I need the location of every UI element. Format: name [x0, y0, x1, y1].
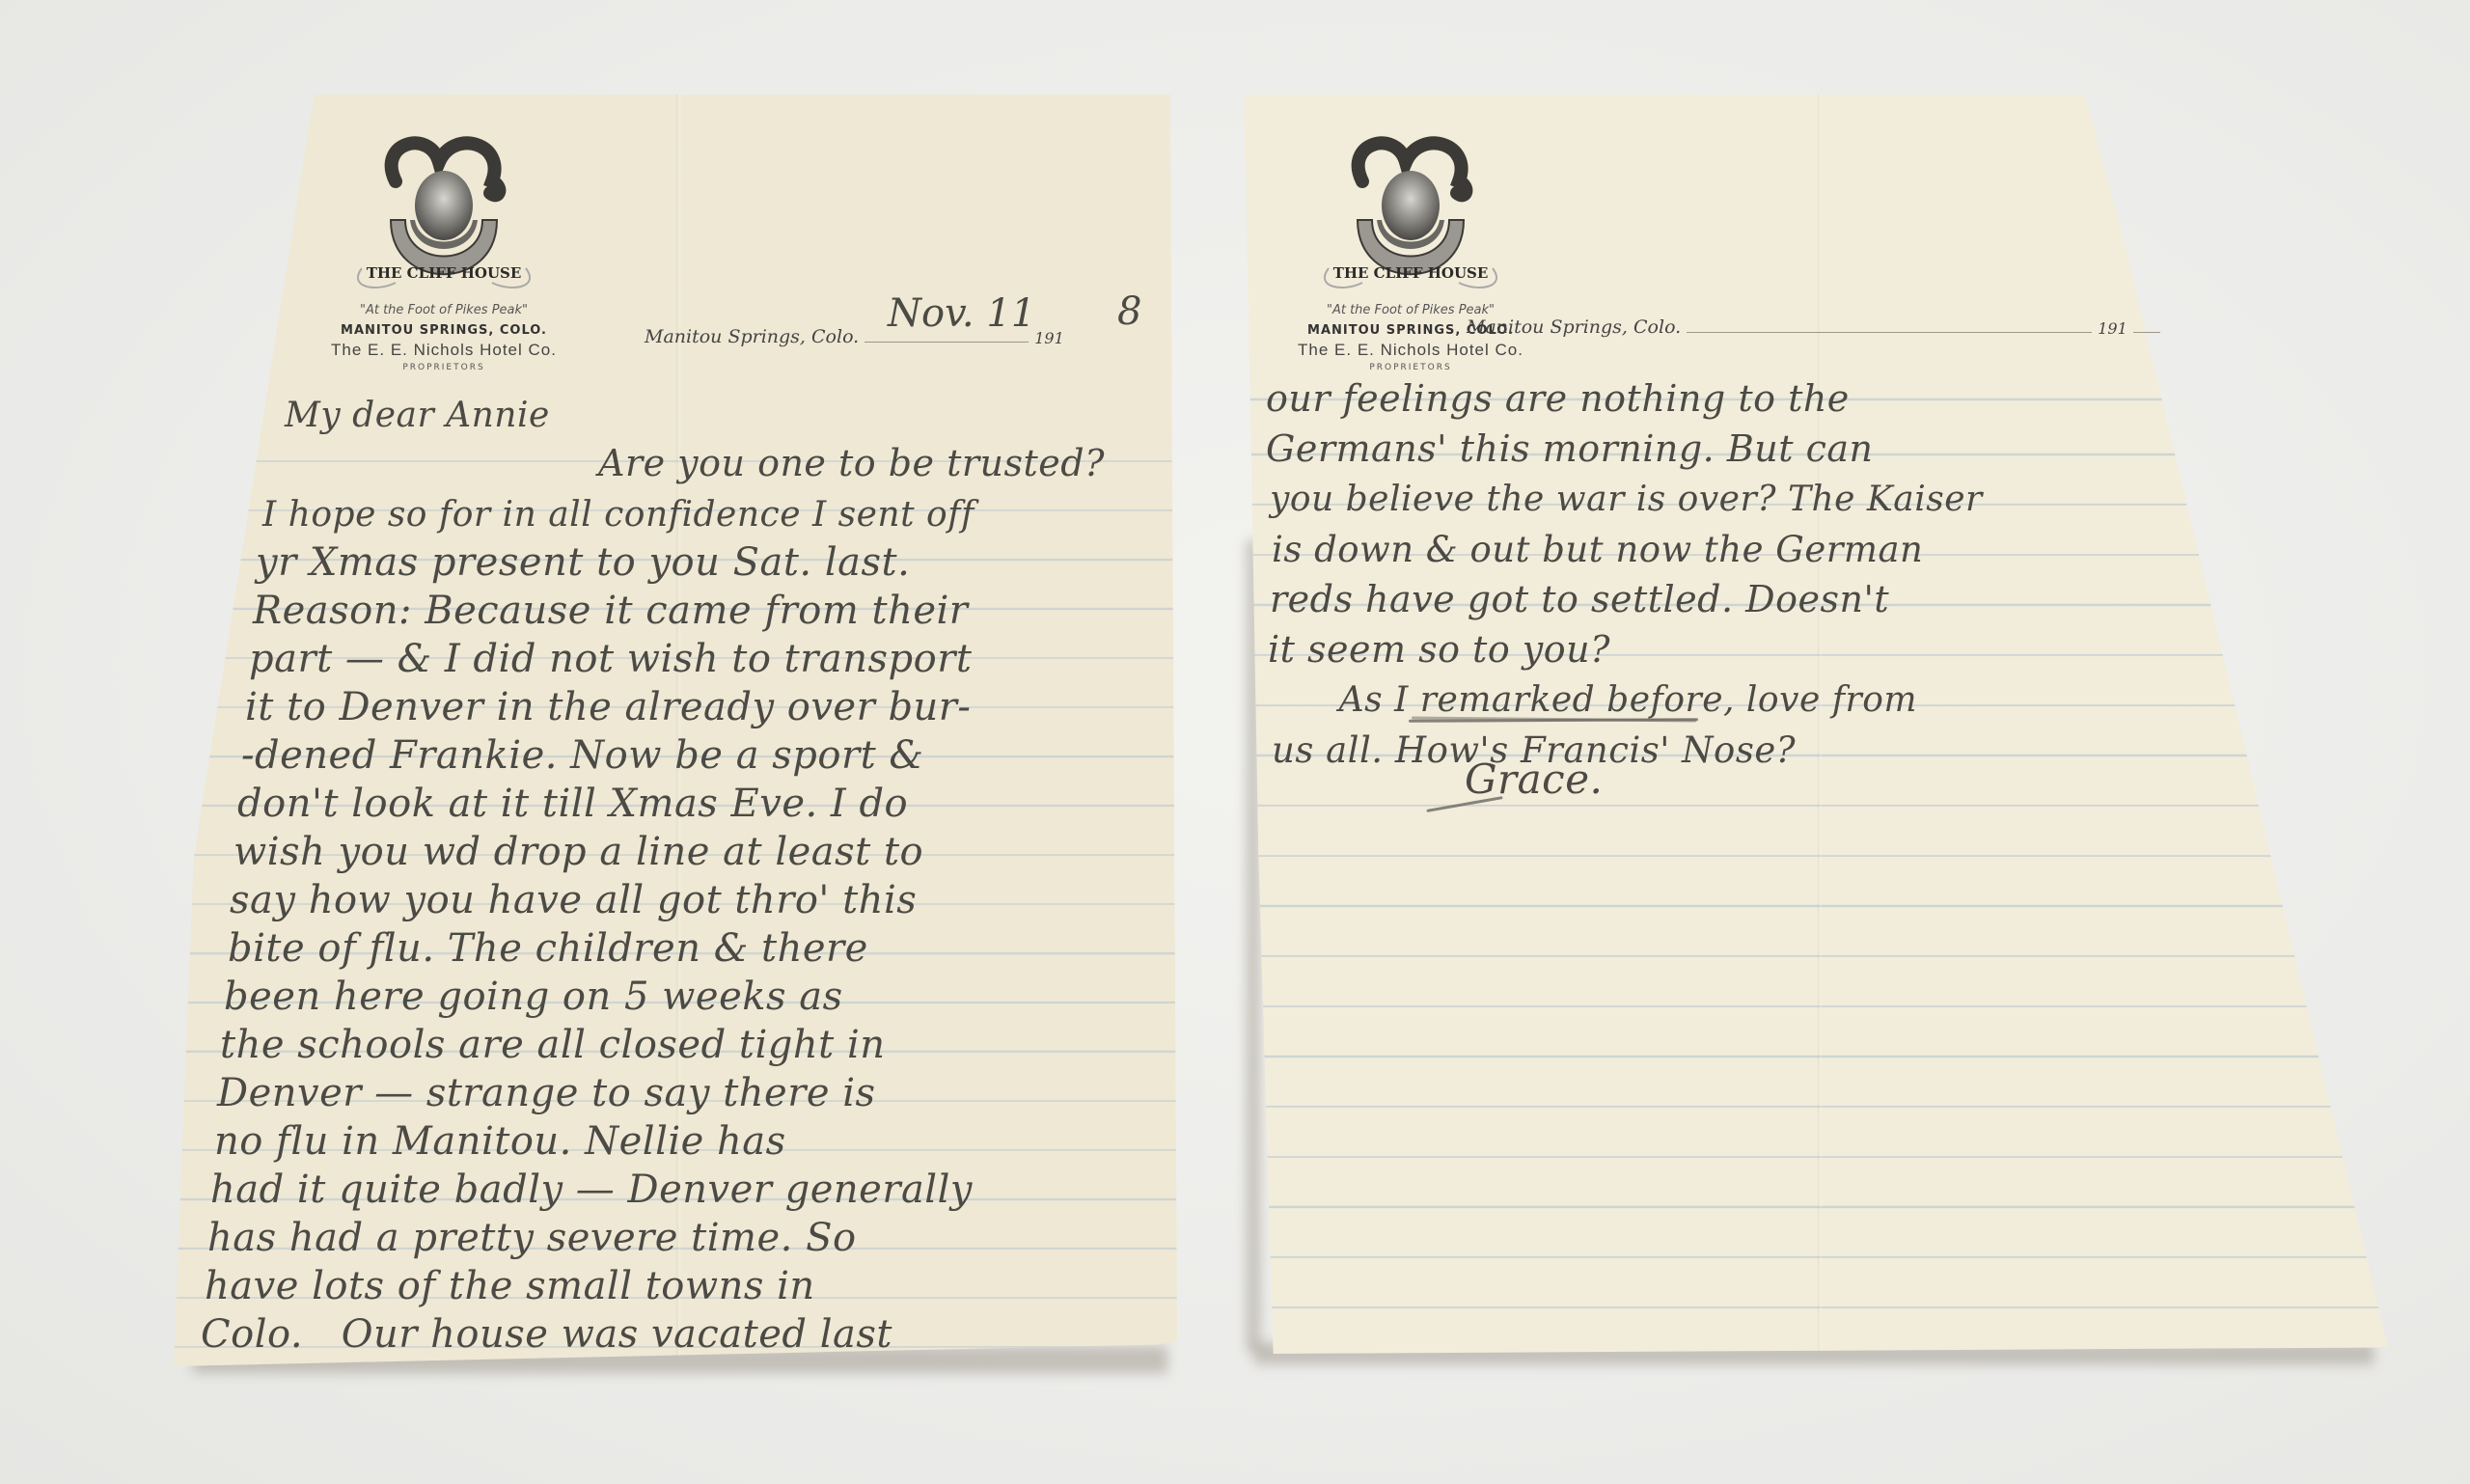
svg-text:THE CLIFF HOUSE: THE CLIFF HOUSE	[1333, 264, 1489, 282]
letter-line: wish you wd drop a line at least to	[233, 828, 923, 877]
ram-head-icon: THE CLIFF HOUSE	[1304, 124, 1517, 316]
letter-line: been here going on 5 weeks as	[224, 973, 843, 1022]
letter-line: Are you one to be trusted?	[598, 439, 1105, 488]
handwritten-year-digit: 8	[1117, 289, 1141, 334]
letter-line: you believe the war is over? The Kaiser	[1270, 475, 1983, 524]
salutation: My dear Annie	[285, 391, 550, 440]
letter-line: the schools are all closed tight in	[220, 1021, 886, 1070]
dateline-right: Manitou Springs, Colo. 191	[1467, 316, 2166, 338]
letter-line: Reason: Because it came from their	[253, 587, 968, 636]
letter-line: Colo. Our house was vacated last	[201, 1310, 892, 1360]
dateline-place: Manitou Springs, Colo.	[1467, 316, 1681, 338]
dateline-year-prefix: 191	[2098, 319, 2127, 338]
letterhead-company: The E. E. Nichols Hotel Co.	[309, 341, 579, 360]
letterhead-company: The E. E. Nichols Hotel Co.	[1276, 341, 1546, 360]
letter-line: Germans' this morning. But can	[1266, 425, 1874, 474]
letter-line: I hope so for in all confidence I sent o…	[262, 490, 974, 539]
dateline-place: Manitou Springs, Colo.	[645, 326, 859, 347]
letter-line: has had a pretty severe time. So	[207, 1214, 857, 1263]
signature: Grace.	[1465, 755, 1603, 804]
letter-line: yr Xmas present to you Sat. last.	[256, 538, 910, 588]
letter-line: our feelings are nothing to the	[1266, 374, 1850, 424]
letter-line: As I remarked before, love from	[1270, 675, 1917, 725]
letter-line: is down & out but now the German	[1272, 525, 1923, 574]
letter-line: had it quite badly — Denver generally	[210, 1166, 973, 1215]
letter-line: bite of flu. The children & there	[228, 924, 868, 974]
handwritten-date: Nov. 11	[888, 291, 1035, 336]
letter-line: it seem so to you?	[1268, 625, 1610, 674]
ram-head-icon: THE CLIFF HOUSE	[338, 124, 550, 316]
letterhead-city: MANITOU SPRINGS, COLO.	[309, 323, 579, 338]
letter-line: it to Denver in the already over bur-	[245, 683, 971, 732]
letter-line: part — & I did not wish to transport	[249, 635, 972, 684]
letter-line: reds have got to settled. Doesn't	[1270, 575, 1889, 624]
letterhead-proprietors: PROPRIETORS	[309, 363, 579, 372]
letter-line: don't look at it till Xmas Eve. I do	[237, 780, 908, 829]
letter-line: have lots of the small towns in	[205, 1262, 815, 1311]
letter-line: say how you have all got thro' this	[230, 876, 917, 925]
letter-line: Denver — strange to say there is	[217, 1069, 876, 1118]
letter-line: -dened Frankie. Now be a sport &	[241, 731, 923, 781]
svg-text:THE CLIFF HOUSE: THE CLIFF HOUSE	[367, 264, 522, 282]
dateline-year-prefix: 191	[1034, 329, 1064, 347]
letter-line: no flu in Manitou. Nellie has	[214, 1117, 786, 1167]
letterhead-proprietors: PROPRIETORS	[1276, 363, 1546, 372]
letterhead-left: THE CLIFF HOUSE "At the Foot of Pikes Pe…	[309, 124, 579, 372]
